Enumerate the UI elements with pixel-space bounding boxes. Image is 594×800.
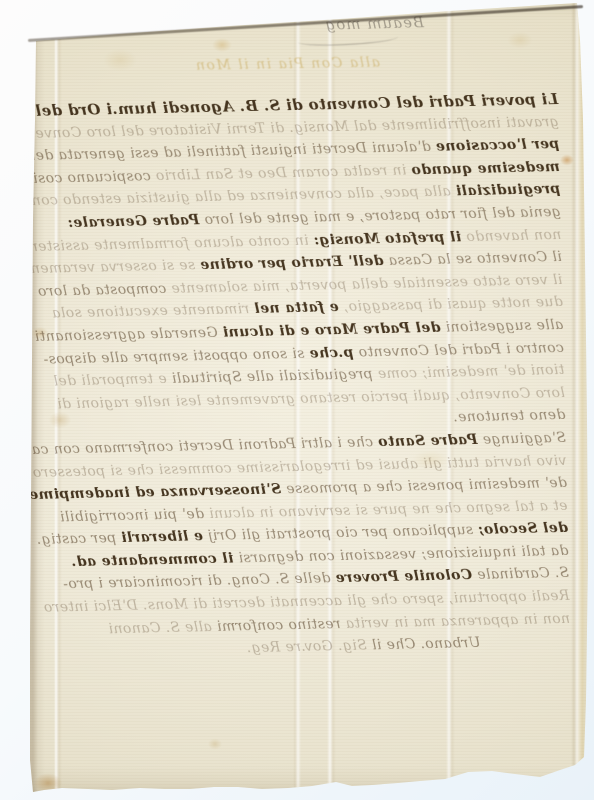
docket-underline-flourish (298, 32, 398, 46)
faded-inscription: alla Con Pia in il Mon (100, 55, 380, 76)
handwriting-showthrough: Li poveri Padri del Convento di S. B. Ag… (30, 88, 571, 665)
scanner-background: Beaum mog alla Con Pia in il Mon Li pove… (0, 0, 594, 800)
paper-sheet: Beaum mog alla Con Pia in il Mon Li pove… (0, 0, 594, 800)
